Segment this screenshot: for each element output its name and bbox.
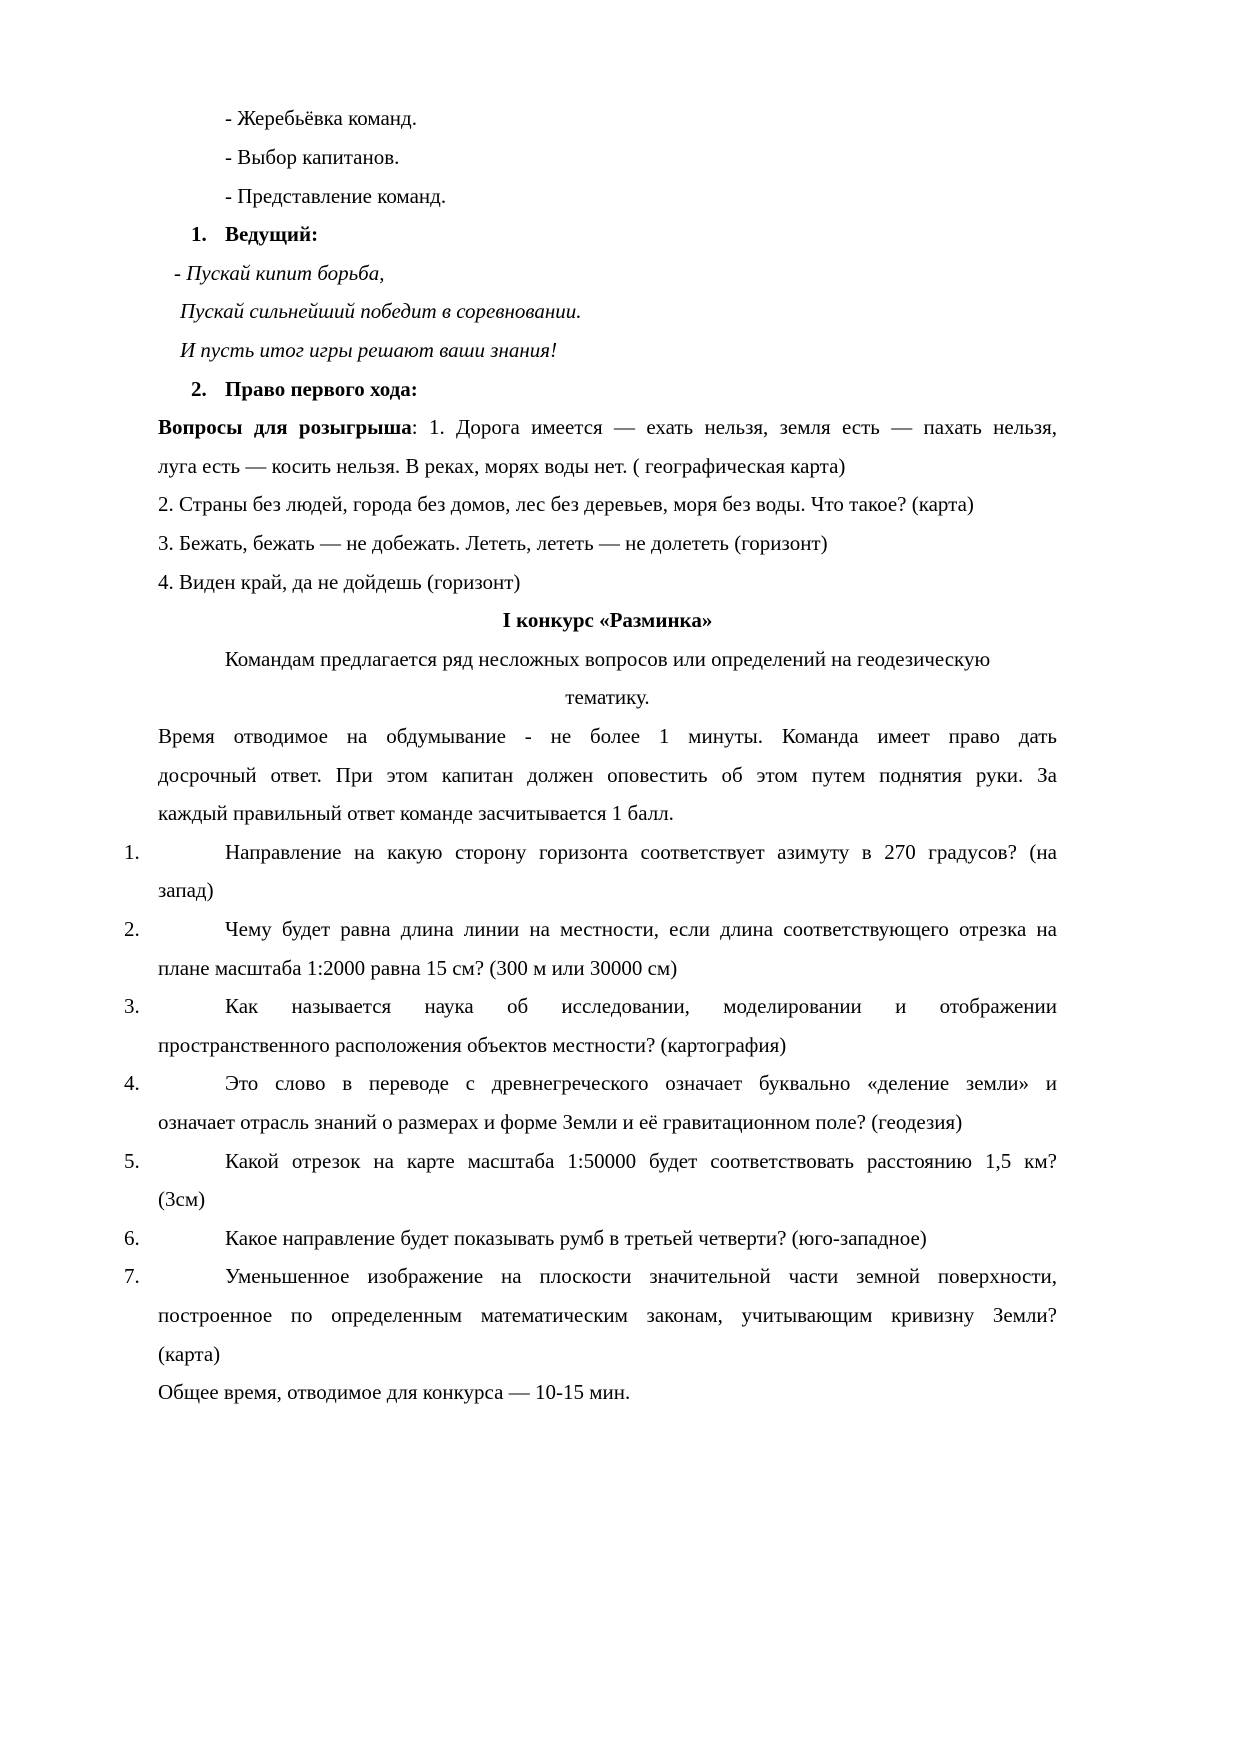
section1-title: Ведущий:	[225, 222, 318, 246]
contest1-intro-line-1: Командам предлагается ряд несложных вопр…	[158, 647, 1057, 671]
draw-question-1-line-2: луга есть — косить нельзя. В реках, моря…	[158, 454, 1057, 478]
section1-number: 1.	[191, 222, 207, 246]
question-7-line-3: (карта)	[158, 1342, 1057, 1366]
question-5-line-1: Какой отрезок на карте масштаба 1:50000 …	[225, 1149, 1057, 1173]
draw-question-1-line-1: Вопросы для розыгрыша: 1. Дорога имеется…	[158, 415, 1057, 439]
question-3-line-2: пространственного расположения объектов …	[158, 1033, 1057, 1057]
question-6-line-1: Какое направление будет показывать румб …	[225, 1226, 927, 1250]
contest1-rules-line-3: каждый правильный ответ команде засчитыв…	[158, 801, 1057, 825]
question-4-number: 4.	[124, 1071, 140, 1095]
question-5-number: 5.	[124, 1149, 140, 1173]
section2-number: 2.	[191, 377, 207, 401]
question-7-line-1: Уменьшенное изображение на плоскости зна…	[225, 1264, 1057, 1288]
questions-label: Вопросы для розыгрыша	[158, 415, 412, 439]
poem-line-1: - Пускай кипит борьба,	[174, 261, 385, 285]
draw-question-4: 4. Виден край, да не дойдешь (горизонт)	[158, 570, 1057, 594]
question-7-number: 7.	[124, 1264, 140, 1288]
intro-item-presentation: - Представление команд.	[225, 184, 446, 208]
question-6-number: 6.	[124, 1226, 140, 1250]
contest1-rules-line-2: досрочный ответ. При этом капитан должен…	[158, 763, 1057, 787]
contest1-title: I конкурс «Разминка»	[158, 608, 1057, 632]
intro-item-captains: - Выбор капитанов.	[225, 145, 399, 169]
poem-line-3: И пусть итог игры решают ваши знания!	[180, 338, 557, 362]
document-page: - Жеребьёвка команд. - Выбор капитанов. …	[0, 0, 1241, 1755]
question-1-line-1: Направление на какую сторону горизонта с…	[225, 840, 1057, 864]
contest1-total-time: Общее время, отводимое для конкурса — 10…	[158, 1380, 1057, 1404]
draw-question-2: 2. Страны без людей, города без домов, л…	[158, 492, 1057, 516]
poem-line-2: Пускай сильнейший победит в соревновании…	[180, 299, 582, 323]
question-4-line-1: Это слово в переводе с древнегреческого …	[225, 1071, 1057, 1095]
intro-item-draw: - Жеребьёвка команд.	[225, 106, 417, 130]
question-1-number: 1.	[124, 840, 140, 864]
contest1-intro-line-2: тематику.	[158, 685, 1057, 709]
question-5-line-2: (3см)	[158, 1187, 1057, 1211]
draw-question-1-text: : 1. Дорога имеется — ехать нельзя, земл…	[412, 415, 1057, 439]
section2-title: Право первого хода:	[225, 377, 418, 401]
contest1-rules-line-1: Время отводимое на обдумывание - не боле…	[158, 724, 1057, 748]
question-2-number: 2.	[124, 917, 140, 941]
draw-question-3: 3. Бежать, бежать — не добежать. Лететь,…	[158, 531, 1057, 555]
question-2-line-2: плане масштаба 1:2000 равна 15 см? (300 …	[158, 956, 1057, 980]
question-1-line-2: запад)	[158, 878, 1057, 902]
question-2-line-1: Чему будет равна длина линии на местност…	[225, 917, 1057, 941]
question-3-number: 3.	[124, 994, 140, 1018]
question-7-line-2: построенное по определенным математическ…	[158, 1303, 1057, 1327]
question-3-line-1: Как называется наука об исследовании, мо…	[225, 994, 1057, 1018]
question-4-line-2: означает отрасль знаний о размерах и фор…	[158, 1110, 1057, 1134]
